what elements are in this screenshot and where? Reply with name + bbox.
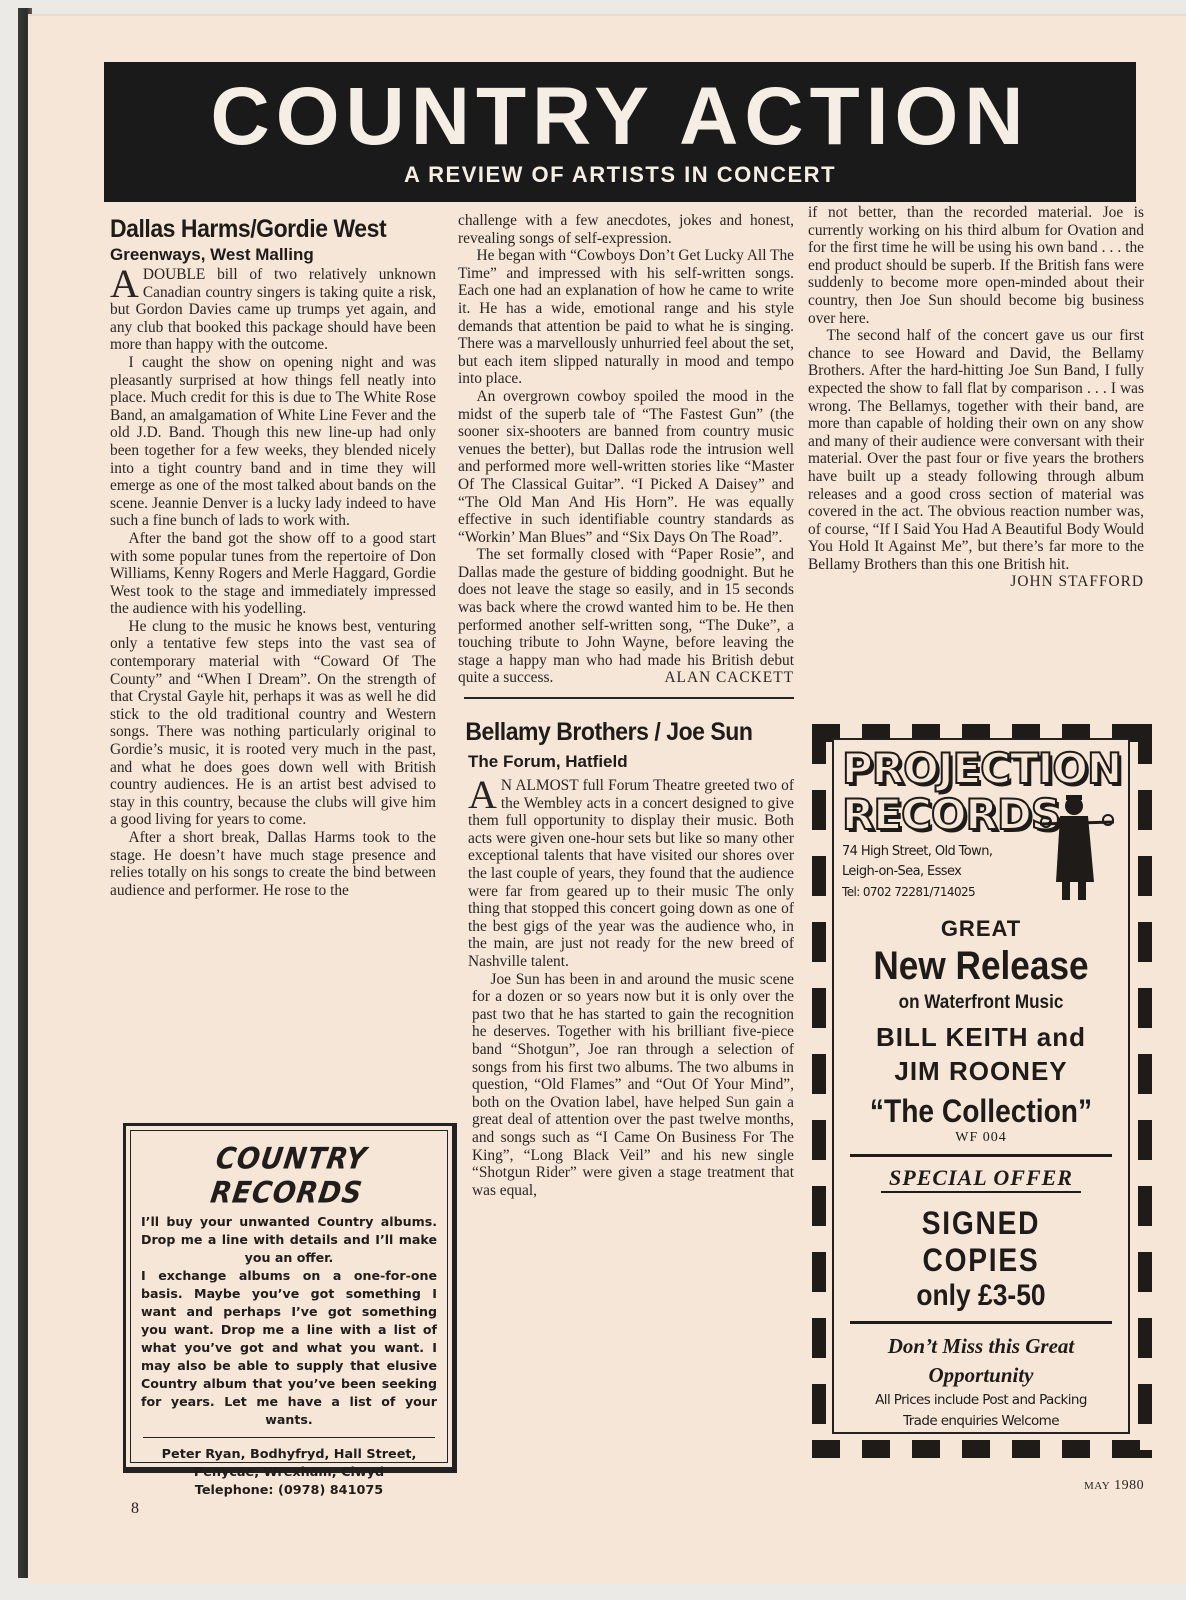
issue-date: MAY 1980	[1084, 1478, 1144, 1494]
article-paragraph: After the band got the show off to a goo…	[110, 530, 436, 618]
divider	[143, 1437, 435, 1438]
article-headline-bellamy-brothers: Bellamy Brothers / Joe Sun	[458, 717, 767, 747]
ad-great-text: GREAT	[842, 916, 1120, 942]
street-musician-illustration-icon	[1040, 792, 1114, 902]
ad-special-offer: SPECIAL OFFER	[881, 1165, 1081, 1193]
article-paragraph: The second half of the concert gave us o…	[808, 327, 1144, 573]
article-paragraph: if not better, than the recorded materia…	[808, 204, 1144, 327]
ad-album-title: “The Collection”	[859, 1092, 1104, 1130]
article-headline-dallas-harms: Dallas Harms/Gordie West	[110, 214, 410, 244]
page-number: 8	[131, 1500, 139, 1518]
article-paragraph: I caught the show on opening night and w…	[110, 354, 436, 530]
magazine-scan: COUNTRY ACTION A REVIEW OF ARTISTS IN CO…	[0, 0, 1186, 1600]
masthead-banner: COUNTRY ACTION A REVIEW OF ARTISTS IN CO…	[104, 62, 1136, 202]
article-venue-forum-hatfield: The Forum, Hatfield	[458, 751, 794, 773]
ad-artist-line-1: BILL KEITH and	[842, 1020, 1120, 1054]
divider	[850, 1321, 1112, 1324]
divider	[850, 1154, 1112, 1157]
ad-new-release: New Release	[859, 942, 1104, 990]
section-subtitle: A REVIEW OF ARTISTS IN CONCERT	[104, 162, 1136, 188]
ad-dont-miss-2: Opportunity	[842, 1361, 1120, 1390]
ad-trade-note: Trade enquiries Welcome	[842, 1411, 1120, 1432]
column-3: if not better, than the recorded materia…	[808, 204, 1144, 591]
section-title: COUNTRY ACTION	[104, 76, 1136, 158]
country-records-body-2: I exchange albums on a one-for-one basis…	[141, 1267, 437, 1429]
country-records-advert-inner: COUNTRY RECORDS I’ll buy your unwanted C…	[130, 1130, 448, 1463]
projection-records-advert: PROJECTION RECORDS 74 High Street, Old T…	[812, 724, 1152, 1458]
article-paragraph: Joe Sun has been in and around the music…	[458, 971, 794, 1200]
country-records-title: COUNTRY RECORDS	[136, 1142, 442, 1210]
article-paragraph: After a short break, Dallas Harms took t…	[110, 829, 436, 899]
drop-cap: A	[468, 779, 497, 811]
column-1: Dallas Harms/Gordie West Greenways, West…	[110, 214, 436, 899]
ad-catalog-number: WF 004	[842, 1130, 1120, 1146]
drop-cap: A	[110, 268, 139, 300]
article-paragraph: He began with “Cowboys Don’t Get Lucky A…	[458, 247, 794, 388]
ad-prices-note: All Prices include Post and Packing	[842, 1390, 1120, 1411]
ad-dont-miss-1: Don’t Miss this Great	[842, 1332, 1120, 1361]
country-records-body-1: I’ll buy your unwanted Country albums. D…	[141, 1213, 437, 1267]
article-paragraph: AN ALMOST full Forum Theatre greeted two…	[458, 777, 794, 971]
column-2: challenge with a few anecdotes, jokes an…	[458, 212, 794, 1199]
article-byline-john-stafford: JOHN STAFFORD	[808, 573, 1144, 591]
ad-signed-copies: SIGNED COPIES	[859, 1205, 1104, 1279]
article-paragraph: An overgrown cowboy spoiled the mood in …	[458, 388, 794, 546]
country-records-address-1: Peter Ryan, Bodhyfryd, Hall Street,	[141, 1446, 437, 1464]
article-paragraph: challenge with a few anecdotes, jokes an…	[458, 212, 794, 247]
ad-record-label: on Waterfront Music	[856, 992, 1106, 1014]
ad-price: only £3-50	[859, 1279, 1104, 1313]
ad-artist-line-2: JIM ROONEY	[842, 1054, 1120, 1088]
article-divider	[464, 697, 794, 699]
country-records-telephone: Telephone: (0978) 841075	[141, 1482, 437, 1500]
article-venue-greenways: Greenways, West Malling	[110, 244, 436, 266]
article-paragraph: ADOUBLE bill of two relatively unknown C…	[110, 266, 436, 354]
projection-records-advert-inner: PROJECTION RECORDS 74 High Street, Old T…	[832, 738, 1130, 1434]
article-paragraph: He clung to the music he knows best, ven…	[110, 618, 436, 829]
country-records-address-2: Penycae, Wrexham, Clwyd	[141, 1464, 437, 1482]
country-records-advert: COUNTRY RECORDS I’ll buy your unwanted C…	[123, 1123, 457, 1473]
article-paragraph: The set formally closed with “Paper Rosi…	[458, 546, 794, 687]
